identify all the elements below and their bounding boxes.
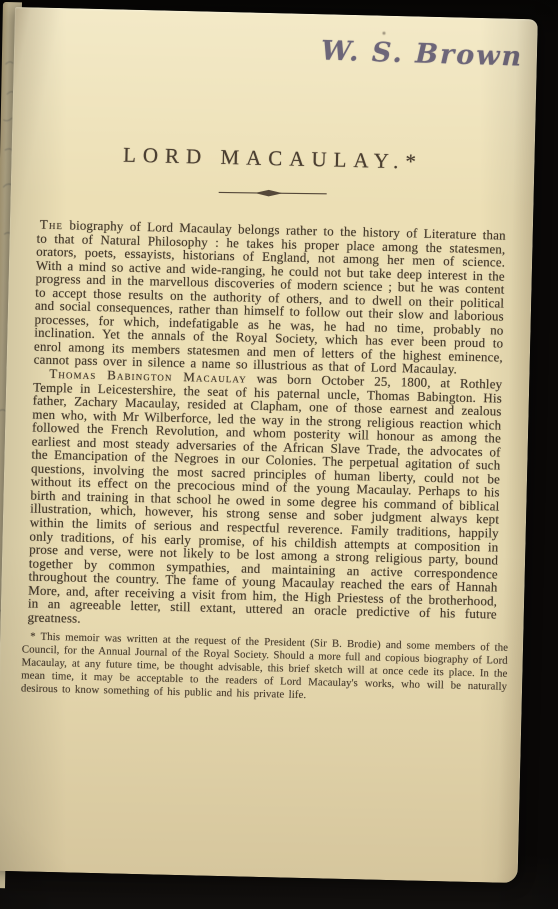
book-page: W. S. Brown LORD MACAULAY.* The biograph…: [0, 7, 538, 883]
paragraph-2-text: was born October 25, 1800, at Rothley Te…: [27, 371, 502, 626]
owner-signature: W. S. Brown: [320, 36, 523, 73]
paragraph-1: The biography of Lord Macaulay belongs r…: [34, 218, 506, 378]
ink-speck: [382, 32, 385, 35]
page-title: LORD MACAULAY.*: [11, 7, 538, 177]
footnote: * This memoir was written at the request…: [0, 630, 523, 707]
paragraph-1-text: biography of Lord Macaulay belongs rathe…: [34, 217, 506, 377]
body-text: The biography of Lord Macaulay belongs r…: [0, 217, 532, 636]
paragraph-2: Thomas Babington Macaulay was born Octob…: [27, 367, 502, 635]
section-divider-rule: [212, 185, 332, 206]
book-photo: W. S. Brown LORD MACAULAY.* The biograph…: [0, 0, 558, 909]
divider-line-diamond-icon: [212, 186, 332, 201]
